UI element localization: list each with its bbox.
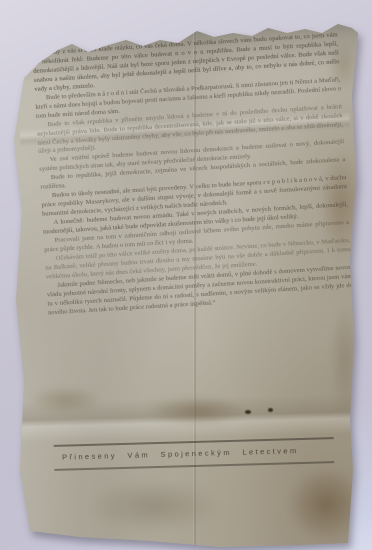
- stain-bottom-center: [88, 480, 223, 532]
- leaflet-footer-text: Přineseny Vám Spojeneckým Letectvem: [62, 446, 299, 462]
- leaflet-body-text: Každý z vás si dnes klade otázku, co vás…: [32, 31, 354, 318]
- stain-crease-center: [148, 396, 248, 426]
- red-speck: [3, 293, 8, 300]
- stain-crease-left: [28, 386, 103, 414]
- leaflet-paper-shadow: Každý z vás si dnes klade otázku, co vás…: [0, 0, 372, 550]
- stain-right-lower: [330, 300, 360, 420]
- ink-spot: [268, 408, 273, 412]
- leaflet-paper: Každý z vás si dnes klade otázku, co vás…: [0, 0, 372, 550]
- ink-spot: [245, 410, 251, 414]
- photo-background: Každý z vás si dnes klade otázku, co vás…: [0, 0, 372, 550]
- leaflet-footer-box: Přineseny Vám Spojeneckým Letectvem: [54, 437, 335, 471]
- stain-bottom-right: [288, 468, 366, 540]
